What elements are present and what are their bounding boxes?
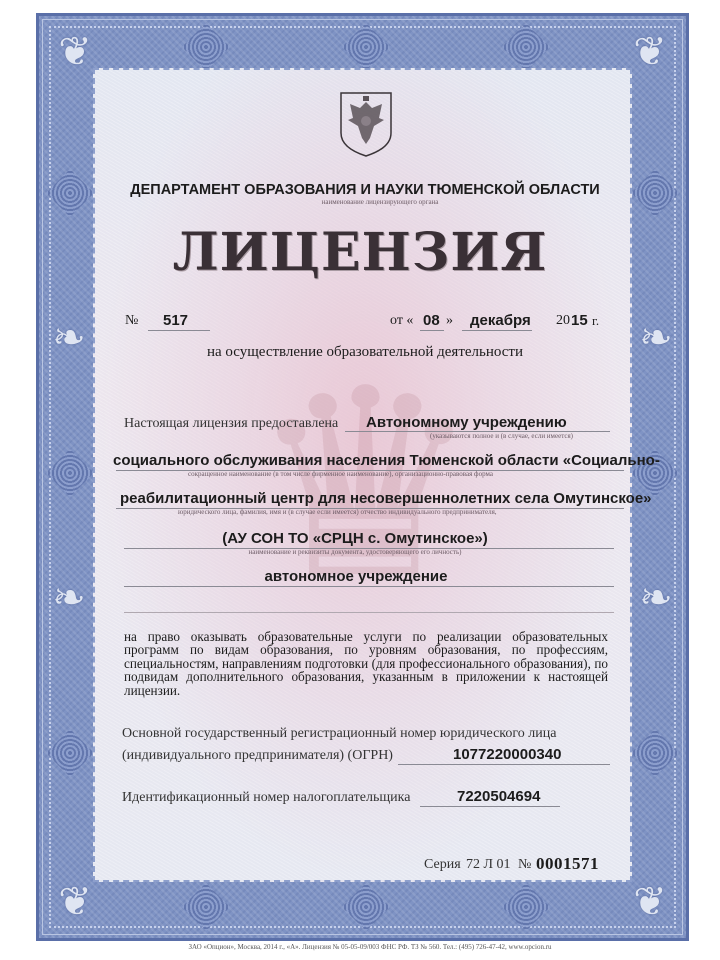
licensee-legal-form: автономное учреждение <box>0 568 720 585</box>
rights-paragraph: на право оказывать образовательные услуг… <box>124 630 608 697</box>
corner-ornament-icon: ❦ <box>53 30 97 74</box>
corner-ornament-icon: ❦ <box>53 880 97 924</box>
licensee-line2: социального обслуживания населения Тюмен… <box>113 452 660 469</box>
inn-underline <box>420 806 560 807</box>
licensee-caption1: (указываются полное и (в случае, если им… <box>430 432 573 440</box>
licensee-line1: Автономному учреждению <box>366 414 567 431</box>
date-day: 08 <box>423 312 440 329</box>
month-underline <box>462 330 532 331</box>
series-label: Серия <box>424 857 461 873</box>
licensee-caption2: сокращенное наименование (в том числе фи… <box>188 470 493 478</box>
series-value: 72 Л 01 <box>466 857 511 873</box>
printer-footer: ЗАО «Опцион», Москва, 2014 г., «А». Лице… <box>0 943 720 951</box>
issuing-authority: ДЕПАРТАМЕНТ ОБРАЗОВАНИЯ И НАУКИ ТЮМЕНСКО… <box>0 182 720 198</box>
inn-value: 7220504694 <box>457 788 540 805</box>
empty-underline <box>124 612 614 613</box>
licensee-caption4: наименование и реквизиты документа, удос… <box>0 548 720 556</box>
licensee-intro: Настоящая лицензия предоставлена <box>124 416 338 432</box>
ogrn-label-line2: (индивидуального предпринимателя) (ОГРН) <box>122 748 393 764</box>
licensee-line3: реабилитационный центр для несовершеннол… <box>120 490 652 507</box>
date-year-suffix: 15 <box>571 312 588 329</box>
corner-ornament-icon: ❦ <box>628 30 672 74</box>
license-number: 517 <box>163 312 188 329</box>
date-day-close: » <box>446 313 453 329</box>
ogrn-value: 1077220000340 <box>453 746 561 763</box>
date-year-prefix: 20 <box>556 313 570 329</box>
number-label: № <box>125 313 138 329</box>
date-prefix: от « <box>390 313 413 329</box>
coat-of-arms-icon <box>336 88 396 158</box>
date-month: декабря <box>470 312 531 329</box>
license-purpose: на осуществление образовательной деятель… <box>0 344 720 361</box>
licensee-line5-underline <box>124 586 614 587</box>
issuing-authority-caption: наименование лицензирующего органа <box>0 198 720 206</box>
day-underline <box>420 330 444 331</box>
ogrn-underline <box>398 764 610 765</box>
series-number: 0001571 <box>536 854 599 874</box>
date-year-unit: г. <box>592 313 599 329</box>
corner-ornament-icon: ❦ <box>628 880 672 924</box>
series-number-label: № <box>518 857 531 873</box>
licensee-short-name: (АУ СОН ТО «СРЦН с. Омутинское») <box>0 530 720 547</box>
inn-label: Идентификационный номер налогоплательщик… <box>122 790 410 806</box>
number-underline <box>148 330 210 331</box>
ogrn-label-line1: Основной государственный регистрационный… <box>122 726 556 742</box>
document-title: ЛИЦЕНЗИЯ <box>0 222 720 283</box>
licensee-caption3: юридического лица, фамилия, имя и (в слу… <box>178 508 497 516</box>
